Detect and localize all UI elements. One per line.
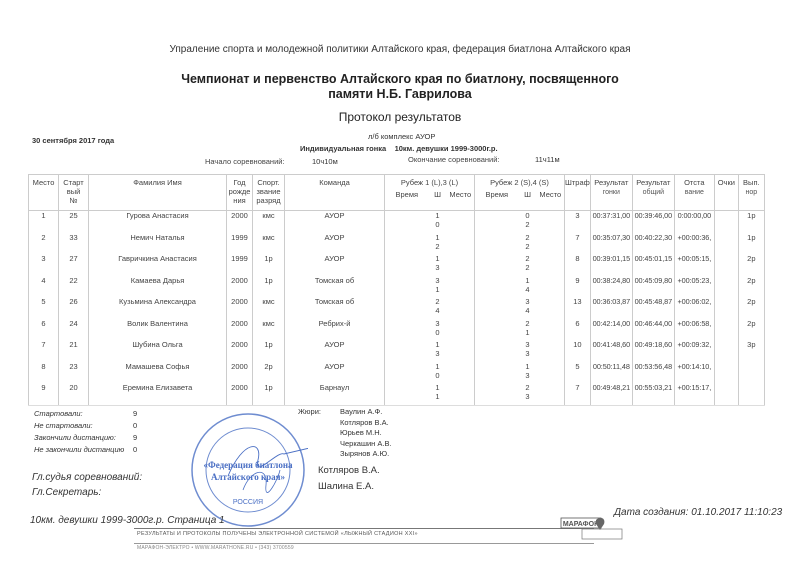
year-cell: 2000 (227, 276, 253, 298)
total-result-cell: 00:45:48,87 (632, 297, 674, 319)
gap-cell: 0:00:00,00 (674, 211, 714, 233)
shot-count: 1 (429, 340, 447, 349)
gap-cell: +00:06:58, (674, 319, 714, 341)
gap-cell: +00:14:10, (674, 362, 714, 384)
r1-place-cell (447, 211, 475, 233)
total-result-cell: 00:46:44,00 (632, 319, 674, 341)
start-value: 10ч10м (312, 157, 338, 166)
norm-cell: 2р (738, 276, 764, 298)
year-cell: 2000 (227, 383, 253, 405)
bib-cell: 20 (59, 383, 89, 405)
shot-count: 1 (429, 383, 447, 392)
points-cell (714, 340, 738, 362)
penalty-cell: 3 (565, 211, 591, 233)
shot-count: 4 (429, 306, 447, 315)
total-result-cell: 00:39:46,00 (632, 211, 674, 233)
col-r2-shots: Ш (519, 187, 537, 211)
team-cell: Ребрих-й (285, 319, 385, 341)
shot-count: 3 (519, 392, 537, 401)
r2-shots-cell: 34 (519, 297, 537, 319)
name-cell: Волик Валентина (89, 319, 227, 341)
name-cell: Шубина Ольга (89, 340, 227, 362)
total-result-cell: 00:45:01,15 (632, 254, 674, 276)
race-result-cell: 00:42:14,00 (590, 319, 632, 341)
stat-label: Не закончили дистанцию (34, 445, 124, 454)
race-info: Индивидуальная гонка 10км. девушки 1999-… (300, 144, 498, 153)
points-cell (714, 254, 738, 276)
marathon-credit: МАРАФОН-ЭЛЕКТРО • WWW.MARATHONE.RU • (34… (137, 545, 294, 551)
penalty-cell: 13 (565, 297, 591, 319)
marathon-logo-icon: МАРАФОН (560, 516, 626, 542)
rank-cell: кмс (253, 297, 285, 319)
shot-count: 3 (519, 340, 537, 349)
svg-text:МАРАФОН: МАРАФОН (563, 521, 599, 528)
rank-cell: кмс (253, 211, 285, 233)
r1-shots-cell: 13 (429, 340, 447, 362)
shot-count: 2 (519, 233, 537, 242)
table-row: 526Кузьмина Александра2000кмсТомская об2… (29, 297, 765, 319)
secretary-label: Гл.Секретарь: (32, 487, 101, 498)
gap-cell: +00:15:17, (674, 383, 714, 405)
r1-shots-cell: 12 (429, 233, 447, 255)
place-cell: 2 (29, 233, 59, 255)
r2-shots-cell: 14 (519, 276, 537, 298)
chief-judge-name: Котляров В.А. (318, 465, 380, 476)
name-cell: Еремина Елизавета (89, 383, 227, 405)
shot-count: 2 (519, 319, 537, 328)
stat-label: Закончили дистанцию: (34, 433, 116, 442)
col-r2-place: Место (537, 187, 565, 211)
year-cell: 2000 (227, 319, 253, 341)
r1-place-cell (447, 254, 475, 276)
r1-shots-cell: 13 (429, 254, 447, 276)
name-cell: Кузьмина Александра (89, 297, 227, 319)
rank-cell: 1р (253, 276, 285, 298)
bib-cell: 25 (59, 211, 89, 233)
norm-cell: 2р (738, 319, 764, 341)
team-cell: Томская об (285, 297, 385, 319)
document-title: Чемпионат и первенство Алтайского края п… (0, 72, 800, 102)
race-result-cell: 00:38:24,80 (590, 276, 632, 298)
jury-member: Котляров В.А. (340, 418, 389, 427)
jury-member: Черкашин А.В. (340, 439, 392, 448)
norm-cell: 2р (738, 254, 764, 276)
shot-count: 0 (429, 220, 447, 229)
total-result-cell: 00:55:03,21 (632, 383, 674, 405)
shot-count: 2 (519, 263, 537, 272)
col-r1-time: Время (385, 187, 429, 211)
race-result-cell: 00:36:03,87 (590, 297, 632, 319)
r1-shots-cell: 10 (429, 211, 447, 233)
gap-cell: +00:00:36, (674, 233, 714, 255)
name-cell: Гурова Анастасия (89, 211, 227, 233)
r1-shots-cell: 10 (429, 362, 447, 384)
col-year: Годрождения (227, 175, 253, 211)
end-value: 11ч11м (535, 155, 560, 164)
place-cell: 9 (29, 383, 59, 405)
place-cell: 4 (29, 276, 59, 298)
table-row: 422Камаева Дарья20001рТомская об3114900:… (29, 276, 765, 298)
r1-place-cell (447, 297, 475, 319)
rank-cell: 1р (253, 340, 285, 362)
points-cell (714, 319, 738, 341)
shot-count: 1 (429, 392, 447, 401)
r2-place-cell (537, 383, 565, 405)
r1-time-cell (385, 362, 429, 384)
system-credit: РЕЗУЛЬТАТЫ И ПРОТОКОЛЫ ПОЛУЧЕНЫ ЭЛЕКТРОН… (137, 531, 418, 537)
penalty-cell: 8 (565, 254, 591, 276)
col-bib: Стартвый№ (59, 175, 89, 211)
points-cell (714, 233, 738, 255)
name-cell: Камаева Дарья (89, 276, 227, 298)
shot-count: 1 (429, 254, 447, 263)
total-result-cell: 00:40:22,30 (632, 233, 674, 255)
r2-place-cell (537, 362, 565, 384)
shot-count: 4 (519, 285, 537, 294)
col-total-result: Результатобщий (632, 175, 674, 211)
year-cell: 2000 (227, 297, 253, 319)
r2-time-cell (475, 362, 519, 384)
race-result-cell: 00:39:01,15 (590, 254, 632, 276)
stat-value: 0 (133, 421, 137, 430)
table-row: 624Волик Валентина2000кмсРебрих-й3021600… (29, 319, 765, 341)
gap-cell: +00:09:32, (674, 340, 714, 362)
points-cell (714, 276, 738, 298)
official-stamp-icon: «Федерация биатлона Алтайского края» РОС… (188, 410, 308, 530)
table-row: 823Мамашева Софья20002рАУОР1013500:50:11… (29, 362, 765, 384)
shot-count: 3 (519, 349, 537, 358)
place-cell: 1 (29, 211, 59, 233)
rank-cell: 2р (253, 362, 285, 384)
shot-count: 1 (519, 328, 537, 337)
stat-value: 9 (133, 409, 137, 418)
r1-place-cell (447, 233, 475, 255)
shot-count: 1 (519, 362, 537, 371)
col-race-result: Результатгонки (590, 175, 632, 211)
gap-cell: +00:06:02, (674, 297, 714, 319)
protocol-heading: Протокол результатов (0, 110, 800, 124)
race-result-cell: 00:41:48,60 (590, 340, 632, 362)
shot-count: 4 (519, 306, 537, 315)
r2-shots-cell: 21 (519, 319, 537, 341)
rank-cell: 1р (253, 254, 285, 276)
team-cell: АУОР (285, 254, 385, 276)
shot-count: 3 (429, 263, 447, 272)
r1-place-cell (447, 383, 475, 405)
r1-time-cell (385, 276, 429, 298)
r2-time-cell (475, 211, 519, 233)
shot-count: 2 (519, 383, 537, 392)
race-result-cell: 00:37:31,00 (590, 211, 632, 233)
r1-place-cell (447, 362, 475, 384)
shot-count: 0 (429, 371, 447, 380)
bib-cell: 24 (59, 319, 89, 341)
shot-count: 1 (429, 233, 447, 242)
team-cell: Томская об (285, 276, 385, 298)
r2-time-cell (475, 233, 519, 255)
svg-text:«Федерация биатлона: «Федерация биатлона (203, 460, 293, 470)
stat-label: Не стартовали: (34, 421, 93, 430)
r2-shots-cell: 13 (519, 362, 537, 384)
name-cell: Немич Наталья (89, 233, 227, 255)
points-cell (714, 297, 738, 319)
penalty-cell: 7 (565, 383, 591, 405)
penalty-cell: 6 (565, 319, 591, 341)
r1-shots-cell: 30 (429, 319, 447, 341)
place-cell: 3 (29, 254, 59, 276)
race-category: 10км. девушки 1999-3000г.р. (395, 144, 498, 153)
bib-cell: 23 (59, 362, 89, 384)
r2-shots-cell: 22 (519, 233, 537, 255)
col-name: Фамилия Имя (89, 175, 227, 211)
rank-cell: кмс (253, 233, 285, 255)
r2-place-cell (537, 211, 565, 233)
col-place: Место (29, 175, 59, 211)
r1-time-cell (385, 340, 429, 362)
results-table: Место Стартвый№ Фамилия Имя Годрождения … (28, 174, 765, 406)
shot-count: 1 (429, 285, 447, 294)
jury-member: Зырянов А.Ю. (340, 449, 389, 458)
race-result-cell: 00:50:11,48 (590, 362, 632, 384)
table-row: 920Еремина Елизавета20001рБарнаул1123700… (29, 383, 765, 405)
col-points: Очки (714, 175, 738, 211)
norm-cell: 1р (738, 233, 764, 255)
col-rank: Спорт.званиеразряд (253, 175, 285, 211)
year-cell: 2000 (227, 340, 253, 362)
venue: л/б комплекс АУОР (368, 132, 435, 141)
total-result-cell: 00:53:56,48 (632, 362, 674, 384)
race-result-cell: 00:49:48,21 (590, 383, 632, 405)
col-range-2: Рубеж 2 (S),4 (S) (475, 175, 565, 188)
team-cell: АУОР (285, 340, 385, 362)
organization-header: Упраление спорта и молодежной политики А… (0, 44, 800, 55)
shot-count: 2 (519, 220, 537, 229)
jury-member: Юрьев М.Н. (340, 428, 382, 437)
r1-shots-cell: 24 (429, 297, 447, 319)
header-row: Место Стартвый№ Фамилия Имя Годрождения … (29, 175, 765, 188)
bib-cell: 22 (59, 276, 89, 298)
total-result-cell: 00:45:09,80 (632, 276, 674, 298)
r2-time-cell (475, 276, 519, 298)
col-team: Команда (285, 175, 385, 211)
penalty-cell: 9 (565, 276, 591, 298)
r2-time-cell (475, 319, 519, 341)
r1-time-cell (385, 254, 429, 276)
bib-cell: 21 (59, 340, 89, 362)
event-date: 30 сентября 2017 года (32, 136, 114, 145)
r2-place-cell (537, 254, 565, 276)
col-r1-shots: Ш (429, 187, 447, 211)
norm-cell: 1р (738, 211, 764, 233)
year-cell: 2000 (227, 211, 253, 233)
r2-time-cell (475, 254, 519, 276)
r2-time-cell (475, 340, 519, 362)
year-cell: 2000 (227, 362, 253, 384)
r1-place-cell (447, 340, 475, 362)
r2-shots-cell: 23 (519, 383, 537, 405)
r1-time-cell (385, 297, 429, 319)
chief-judge-label: Гл.судья соревнований: (32, 472, 142, 483)
r2-time-cell (475, 383, 519, 405)
shot-count: 2 (429, 297, 447, 306)
shot-count: 1 (519, 276, 537, 285)
title-line-2: памяти Н.Б. Гаврилова (0, 87, 800, 102)
r2-place-cell (537, 233, 565, 255)
shot-count: 2 (519, 242, 537, 251)
shot-count: 1 (429, 362, 447, 371)
svg-text:РОССИЯ: РОССИЯ (233, 499, 263, 506)
shot-count: 1 (429, 211, 447, 220)
gap-cell: +00:05:15, (674, 254, 714, 276)
bib-cell: 26 (59, 297, 89, 319)
team-cell: АУОР (285, 362, 385, 384)
end-label: Окончание соревнований: (408, 155, 500, 164)
r1-time-cell (385, 383, 429, 405)
r1-place-cell (447, 319, 475, 341)
jury-member: Ваулин А.Ф. (340, 407, 382, 416)
stat-label: Стартовали: (34, 409, 83, 418)
shot-count: 3 (519, 371, 537, 380)
r2-shots-cell: 02 (519, 211, 537, 233)
col-norm: Вып.нор (738, 175, 764, 211)
r1-time-cell (385, 233, 429, 255)
table-row: 233Немич Наталья1999кмсАУОР1222700:35:07… (29, 233, 765, 255)
r2-place-cell (537, 276, 565, 298)
race-result-cell: 00:35:07,30 (590, 233, 632, 255)
r2-shots-cell: 22 (519, 254, 537, 276)
penalty-cell: 7 (565, 233, 591, 255)
penalty-cell: 5 (565, 362, 591, 384)
table-row: 327Гавричкина Анастасия19991рАУОР1322800… (29, 254, 765, 276)
shot-count: 3 (519, 297, 537, 306)
col-gap: Отставание (674, 175, 714, 211)
shot-count: 2 (519, 254, 537, 263)
shot-count: 2 (429, 242, 447, 251)
r1-time-cell (385, 211, 429, 233)
page-label: 10км. девушки 1999-3000г.р. Страница 1 (30, 515, 225, 526)
table-row: 125Гурова Анастасия2000кмсАУОР1002300:37… (29, 211, 765, 233)
title-line-1: Чемпионат и первенство Алтайского края п… (0, 72, 800, 87)
r1-shots-cell: 11 (429, 383, 447, 405)
shot-count: 0 (519, 211, 537, 220)
points-cell (714, 362, 738, 384)
bib-cell: 27 (59, 254, 89, 276)
r2-place-cell (537, 340, 565, 362)
name-cell: Гавричкина Анастасия (89, 254, 227, 276)
bib-cell: 33 (59, 233, 89, 255)
name-cell: Мамашева Софья (89, 362, 227, 384)
stat-value: 0 (133, 445, 137, 454)
place-cell: 8 (29, 362, 59, 384)
col-r2-time: Время (475, 187, 519, 211)
r2-shots-cell: 33 (519, 340, 537, 362)
points-cell (714, 211, 738, 233)
place-cell: 7 (29, 340, 59, 362)
footer-divider (134, 528, 594, 529)
col-range-1: Рубеж 1 (L),3 (L) (385, 175, 475, 188)
norm-cell: 2р (738, 297, 764, 319)
penalty-cell: 10 (565, 340, 591, 362)
footer-divider-2 (134, 543, 594, 544)
start-label: Начало соревнований: (205, 157, 285, 166)
race-type: Индивидуальная гонка (300, 144, 386, 153)
rank-cell: 1р (253, 383, 285, 405)
rank-cell: кмс (253, 319, 285, 341)
norm-cell: 3р (738, 340, 764, 362)
gap-cell: +00:05:23, (674, 276, 714, 298)
total-result-cell: 00:49:18,60 (632, 340, 674, 362)
shot-count: 3 (429, 349, 447, 358)
shot-count: 0 (429, 328, 447, 337)
shot-count: 3 (429, 319, 447, 328)
r1-place-cell (447, 276, 475, 298)
secretary-name: Шалина Е.А. (318, 481, 374, 492)
r1-shots-cell: 31 (429, 276, 447, 298)
year-cell: 1999 (227, 233, 253, 255)
points-cell (714, 383, 738, 405)
r2-time-cell (475, 297, 519, 319)
place-cell: 6 (29, 319, 59, 341)
r1-time-cell (385, 319, 429, 341)
team-cell: Барнаул (285, 383, 385, 405)
norm-cell (738, 362, 764, 384)
creation-date: Дата создания: 01.10.2017 11:10:23 (614, 507, 782, 518)
place-cell: 5 (29, 297, 59, 319)
shot-count: 3 (429, 276, 447, 285)
stat-value: 9 (133, 433, 137, 442)
r2-place-cell (537, 319, 565, 341)
year-cell: 1999 (227, 254, 253, 276)
table-row: 721Шубина Ольга20001рАУОР13331000:41:48,… (29, 340, 765, 362)
team-cell: АУОР (285, 211, 385, 233)
col-penalty: Штраф (565, 175, 591, 211)
r2-place-cell (537, 297, 565, 319)
team-cell: АУОР (285, 233, 385, 255)
norm-cell (738, 383, 764, 405)
col-r1-place: Место (447, 187, 475, 211)
